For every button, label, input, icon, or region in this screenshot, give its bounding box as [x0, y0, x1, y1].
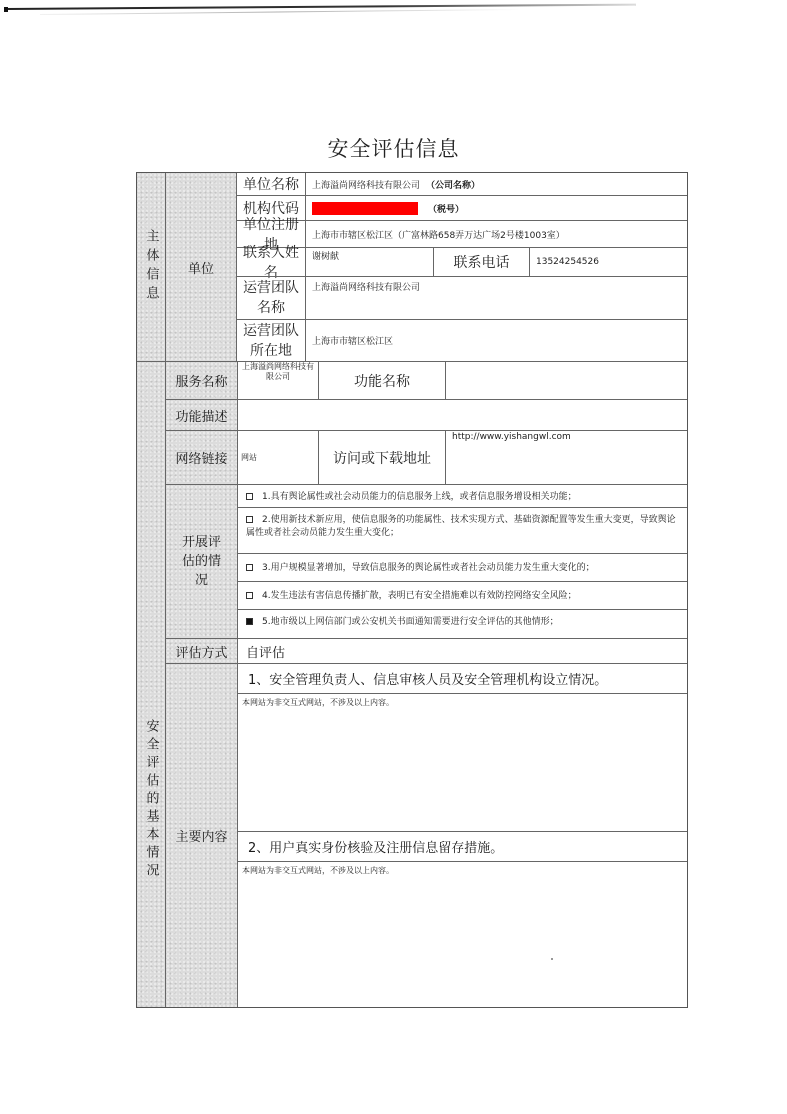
content-item-1: 1、安全管理负责人、信息审核人员及安全管理机构设立情况。 本网站为非交互式网站，…	[238, 664, 687, 831]
content-item-1-body[interactable]: 本网站为非交互式网站，不涉及以上内容。	[238, 694, 687, 831]
scan-edge-shadow	[40, 9, 520, 15]
unit-fields: 单位名称 上海溢尚网络科技有限公司 （公司名称） 机构代码 （税号） 单位注册地…	[236, 173, 687, 361]
function-desc-label: 功能描述	[166, 400, 237, 430]
service-name-label: 服务名称	[166, 362, 237, 399]
row-conditions: 开展评估的情况 1.具有舆论属性或社会动员能力的信息服务上线，或者信息服务增设相…	[166, 484, 687, 638]
row-unit-name: 单位名称 上海溢尚网络科技有限公司 （公司名称）	[237, 173, 687, 195]
content-item-2-body[interactable]: 本网站为非交互式网站，不涉及以上内容。	[238, 862, 687, 1007]
assessment-fields: 服务名称 上海溢尚网络科技有限公司 功能名称 功能描述 网络链接 网站	[165, 362, 687, 1007]
main-content-body: 1、安全管理负责人、信息审核人员及安全管理机构设立情况。 本网站为非交互式网站，…	[237, 664, 687, 1007]
condition-3-text: 3.用户规模显著增加，导致信息服务的舆论属性或者社会动员能力发生重大变化的；	[262, 563, 595, 573]
network-link-label: 网络链接	[166, 431, 237, 484]
function-desc-field[interactable]	[237, 400, 687, 430]
reg-address-field[interactable]: 上海市市辖区松江区（广富林路658弄万达广场2号楼1003室）	[305, 221, 687, 247]
condition-1-text: 1.具有舆论属性或社会动员能力的信息服务上线，或者信息服务增设相关功能；	[262, 492, 577, 502]
network-link-field[interactable]: 网站	[237, 431, 318, 484]
access-address-label: 访问或下载地址	[318, 431, 445, 484]
document-title: 安全评估信息	[0, 133, 787, 163]
contact-name-label: 联系人姓名	[237, 248, 305, 276]
function-desc-value	[238, 401, 250, 417]
unit-name-value: 上海溢尚网络科技有限公司	[306, 175, 426, 194]
unit-name-label: 单位名称	[237, 173, 305, 195]
unit-name-note: （公司名称）	[426, 178, 480, 191]
condition-3-checkbox[interactable]	[246, 564, 253, 571]
subject-info-label: 主体信息	[142, 229, 161, 305]
contact-phone-value: 13524254526	[530, 254, 605, 270]
condition-2[interactable]: 2.使用新技术新应用，使信息服务的功能属性、技术实现方式、基础资源配置等发生重大…	[238, 507, 687, 553]
scan-edge	[6, 4, 636, 10]
condition-4[interactable]: 4.发生违法有害信息传播扩散，表明已有安全措施难以有效防控网络安全风险；	[238, 581, 687, 609]
condition-4-checkbox[interactable]	[246, 592, 253, 599]
unit-name-field[interactable]: 上海溢尚网络科技有限公司 （公司名称）	[305, 173, 687, 195]
team-name-value: 上海溢尚网络科技有限公司	[306, 277, 687, 296]
unit-label: 单位	[188, 258, 214, 277]
org-code-note: （税号）	[428, 202, 464, 215]
assessment-label: 安全评估的基本情况	[142, 719, 161, 881]
condition-4-text: 4.发生违法有害信息传播扩散，表明已有安全措施难以有效防控网络安全风险；	[262, 591, 577, 601]
condition-2-text: 2.使用新技术新应用，使信息服务的功能属性、技术实现方式、基础资源配置等发生重大…	[246, 515, 676, 538]
content-item-2: 2、用户真实身份核验及注册信息留存措施。 本网站为非交互式网站，不涉及以上内容。	[238, 831, 687, 1007]
row-network-link: 网络链接 网站 访问或下载地址 http://www.yishangwl.com	[166, 430, 687, 484]
contact-name-value: 谢树献	[306, 248, 433, 265]
contact-phone-field[interactable]: 13524254526	[529, 248, 687, 276]
unit-label-cell: 单位	[165, 173, 236, 361]
conditions-list: 1.具有舆论属性或社会动员能力的信息服务上线，或者信息服务增设相关功能； 2.使…	[237, 485, 687, 638]
subject-info-label-cell: 主体信息	[137, 173, 165, 361]
content-item-1-heading: 1、安全管理负责人、信息审核人员及安全管理机构设立情况。	[238, 664, 687, 694]
scan-speck	[551, 958, 553, 960]
row-main-content: 主要内容 1、安全管理负责人、信息审核人员及安全管理机构设立情况。 本网站为非交…	[166, 663, 687, 1007]
row-method: 评估方式 自评估	[166, 638, 687, 663]
condition-2-checkbox[interactable]	[246, 516, 253, 523]
team-location-field[interactable]: 上海市市辖区松江区	[305, 320, 687, 361]
org-code-redaction	[312, 202, 418, 215]
org-code-field[interactable]: （税号）	[305, 196, 687, 220]
assessment-form: 主体信息 单位 单位名称 上海溢尚网络科技有限公司 （公司名称） 机构代码 （税…	[136, 172, 688, 1008]
network-link-value: 网站	[241, 452, 257, 463]
row-team-location: 运营团队所在地 上海市市辖区松江区	[237, 319, 687, 361]
access-address-field[interactable]: http://www.yishangwl.com	[445, 431, 687, 484]
function-name-value	[446, 363, 458, 379]
method-field[interactable]: 自评估	[237, 639, 687, 663]
condition-1-checkbox[interactable]	[246, 493, 253, 500]
main-content-label-cell: 主要内容	[166, 664, 237, 1007]
row-function-desc: 功能描述	[166, 399, 687, 430]
method-value: 自评估	[246, 642, 285, 661]
access-address-value: http://www.yishangwl.com	[446, 431, 687, 445]
row-contact: 联系人姓名 谢树献 联系电话 13524254526	[237, 247, 687, 276]
service-name-field[interactable]: 上海溢尚网络科技有限公司	[237, 362, 318, 399]
function-name-label: 功能名称	[318, 362, 445, 399]
team-location-label: 运营团队所在地	[237, 320, 305, 361]
function-name-field[interactable]	[445, 362, 687, 399]
row-team-name: 运营团队名称 上海溢尚网络科技有限公司	[237, 276, 687, 319]
content-item-2-heading: 2、用户真实身份核验及注册信息留存措施。	[238, 832, 687, 862]
service-name-value: 上海溢尚网络科技有限公司	[242, 362, 314, 381]
contact-name-field[interactable]: 谢树献	[305, 248, 433, 276]
scan-corner-mark	[4, 7, 8, 12]
main-content-label: 主要内容	[175, 826, 227, 845]
condition-5[interactable]: 5.地市级以上网信部门或公安机关书面通知需要进行安全评估的其他情形；	[238, 609, 687, 638]
subject-info-section: 主体信息 单位 单位名称 上海溢尚网络科技有限公司 （公司名称） 机构代码 （税…	[137, 173, 687, 361]
row-service: 服务名称 上海溢尚网络科技有限公司 功能名称	[166, 362, 687, 399]
reg-address-value: 上海市市辖区松江区（广富林路658弄万达广场2号楼1003室）	[306, 225, 571, 244]
condition-3[interactable]: 3.用户规模显著增加，导致信息服务的舆论属性或者社会动员能力发生重大变化的；	[238, 553, 687, 581]
contact-phone-label: 联系电话	[433, 248, 529, 276]
condition-5-text: 5.地市级以上网信部门或公安机关书面通知需要进行安全评估的其他情形；	[262, 617, 559, 627]
team-name-label: 运营团队名称	[237, 277, 305, 319]
condition-1[interactable]: 1.具有舆论属性或社会动员能力的信息服务上线，或者信息服务增设相关功能；	[238, 485, 687, 507]
assessment-label-cell: 安全评估的基本情况	[137, 362, 165, 1007]
assessment-section: 安全评估的基本情况 服务名称 上海溢尚网络科技有限公司 功能名称 功能描述	[137, 361, 687, 1007]
team-name-field[interactable]: 上海溢尚网络科技有限公司	[305, 277, 687, 319]
conditions-label: 开展评估的情况	[166, 485, 237, 638]
condition-5-checkbox-checked[interactable]	[246, 618, 253, 625]
method-label: 评估方式	[166, 639, 237, 663]
team-location-value: 上海市市辖区松江区	[306, 331, 399, 350]
